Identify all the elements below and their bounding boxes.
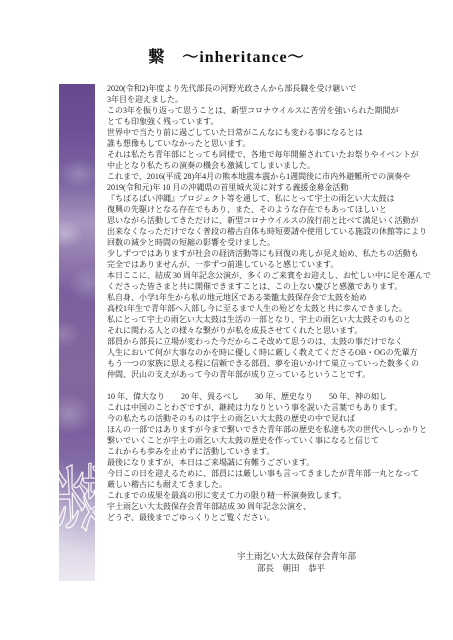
body-line: 私にとって宇土の雨乞い大太鼓は生活の一部となり、宇土の雨乞い大太鼓そのものと	[107, 314, 423, 325]
body-line: 厳しい稽古にも耐えてきました。	[107, 479, 423, 490]
body-line: この3年を振り返って思うことは、新型コロナウイルスに苦労を強いられた期間が	[107, 105, 423, 116]
decorative-band: 繋	[59, 84, 95, 581]
body-line: もう一つの家族に思える程に信頼できる部員、夢を追いかけて巣立っていった数多くの	[107, 358, 423, 369]
body-line: 『ちばるばい沖縄』プロジェクト等を通して、私にとって宇土の雨乞い大太鼓は	[107, 193, 423, 204]
body-line: 3年目を迎えました。	[107, 94, 423, 105]
body-line: それは私たち青年部にとっても同様で、各地で毎年開催されていたお祭りやイベントが	[107, 149, 423, 160]
page-title: 繋 ～inheritance～	[0, 44, 453, 67]
signature-block: 宇土雨乞い大太鼓保存会青年部 部長 朝田 恭平	[237, 551, 356, 574]
body-text: 2020(令和2)年度より先代部長の河野光政さんから部長職を受け継いで3年目を迎…	[107, 83, 423, 523]
body-line: とても印象強く残っています。	[107, 116, 423, 127]
body-line: 復興の先駆けとなる存在でもあり、また、そのような存在でもあってほしいと	[107, 204, 423, 215]
body-line: 世界中で当たり前に過ごしていた日常がこんなにも変わる事になるとは	[107, 127, 423, 138]
body-line: これからも歩みを止めずに活動していきます。	[107, 446, 423, 457]
body-line: 今の私たちの活動そのものは宇土の雨乞い大太鼓の歴史の中で見れば	[107, 413, 423, 424]
body-line: 人生において何が大事なのかを時に優しく時に厳しく教えてくださるOB・OGの先輩方	[107, 347, 423, 358]
body-line: ほんの一部ではありますが今まで繋いできた青年部の歴史を私達も次の世代へしっかりと	[107, 424, 423, 435]
body-line: 少しずつではありますが社会の経済活動等にも回復の兆しが見え始め、私たちの活動も	[107, 248, 423, 259]
kizuna-watermark-icon: 繋	[45, 442, 109, 552]
signature-organization: 宇土雨乞い大太鼓保存会青年部	[237, 551, 356, 563]
body-line: 2019(令和元)年 10 月の沖縄県の首里城火災に対する義援金募金活動	[107, 182, 423, 193]
body-line: 繋いでいくことが宇土の雨乞い大太鼓の歴史を作っていく事になると信じて	[107, 435, 423, 446]
body-line: これまで、2016(平成 28)年4月の熊本地震本震から1週間後に市内外避難所で…	[107, 171, 423, 182]
signature-name: 部長 朝田 恭平	[237, 563, 356, 575]
page-title-text: 繋 ～inheritance～	[148, 49, 304, 66]
body-line: 完全ではありませんが、一歩ずつ前進していると感じています。	[107, 259, 423, 270]
body-line: 2020(令和2)年度より先代部長の河野光政さんから部長職を受け継いで	[107, 83, 423, 94]
body-line: 回数の減少と時間の短縮の影響を受けました。	[107, 237, 423, 248]
body-line: 私自身、小学1年生から私の地元地区である楽籠太鼓保存会で太鼓を始め	[107, 292, 423, 303]
body-line	[107, 380, 423, 391]
body-line: 10 年、偉大なり 20 年、畏るべし 30 年、歴史なり 50 年、神の如し	[107, 391, 423, 402]
document-page: 繋 繋 ～inheritance～ 2020(令和2)年度より先代部長の河野光政…	[0, 0, 453, 640]
body-line: 中止となり私たちの演奏の機会も激減してしまいました。	[107, 160, 423, 171]
body-line: くださった皆さまと共に開催できますことは、この上ない慶びと感激であります。	[107, 281, 423, 292]
body-line: 本日ここに、結成 30 周年記念公演が、多くのご来賓をお迎えし、お忙しい中に足を…	[107, 270, 423, 281]
body-line: 最後になりますが、本日はご来場誠に有難うございます。	[107, 457, 423, 468]
body-line: 思いながら活動してきただけに、新型コロナウイルスの流行前と比べて満足いく活動が	[107, 215, 423, 226]
body-line: それに関わる人との様々な繋がりが私を成長させてくれたと思います。	[107, 325, 423, 336]
body-line: どうぞ、最後までごゆっくりとご覧ください。	[107, 512, 423, 523]
body-line: 高校1年生で青年部へ入部し今に至るまで人生の殆どを太鼓と共に歩んできました。	[107, 303, 423, 314]
body-line: 今日この日を迎えるために、部員には厳しい事も言ってきましたが青年部一丸となって	[107, 468, 423, 479]
body-line: 出来なくなっただけでなく普段の稽古自体も時短要請や使用している施設の休館等により	[107, 226, 423, 237]
body-line: 仲間、沢山の支えがあって今の青年部が成り立っているということです。	[107, 369, 423, 380]
body-line: 宇土雨乞い大太鼓保存会青年部結成 30 周年記念公演を、	[107, 501, 423, 512]
body-line: これは中国のことわざですが、継続は力なりという事を説いた言葉でもあります。	[107, 402, 423, 413]
body-line: これまでの成果を最高の形に変えて力の限り精一杯演奏致します。	[107, 490, 423, 501]
body-line: 誰も想像もしていなかったと思います。	[107, 138, 423, 149]
body-line: 部員から部長に立場が変わった今だからこそ改めて思うのは、太鼓の事だけでなく	[107, 336, 423, 347]
